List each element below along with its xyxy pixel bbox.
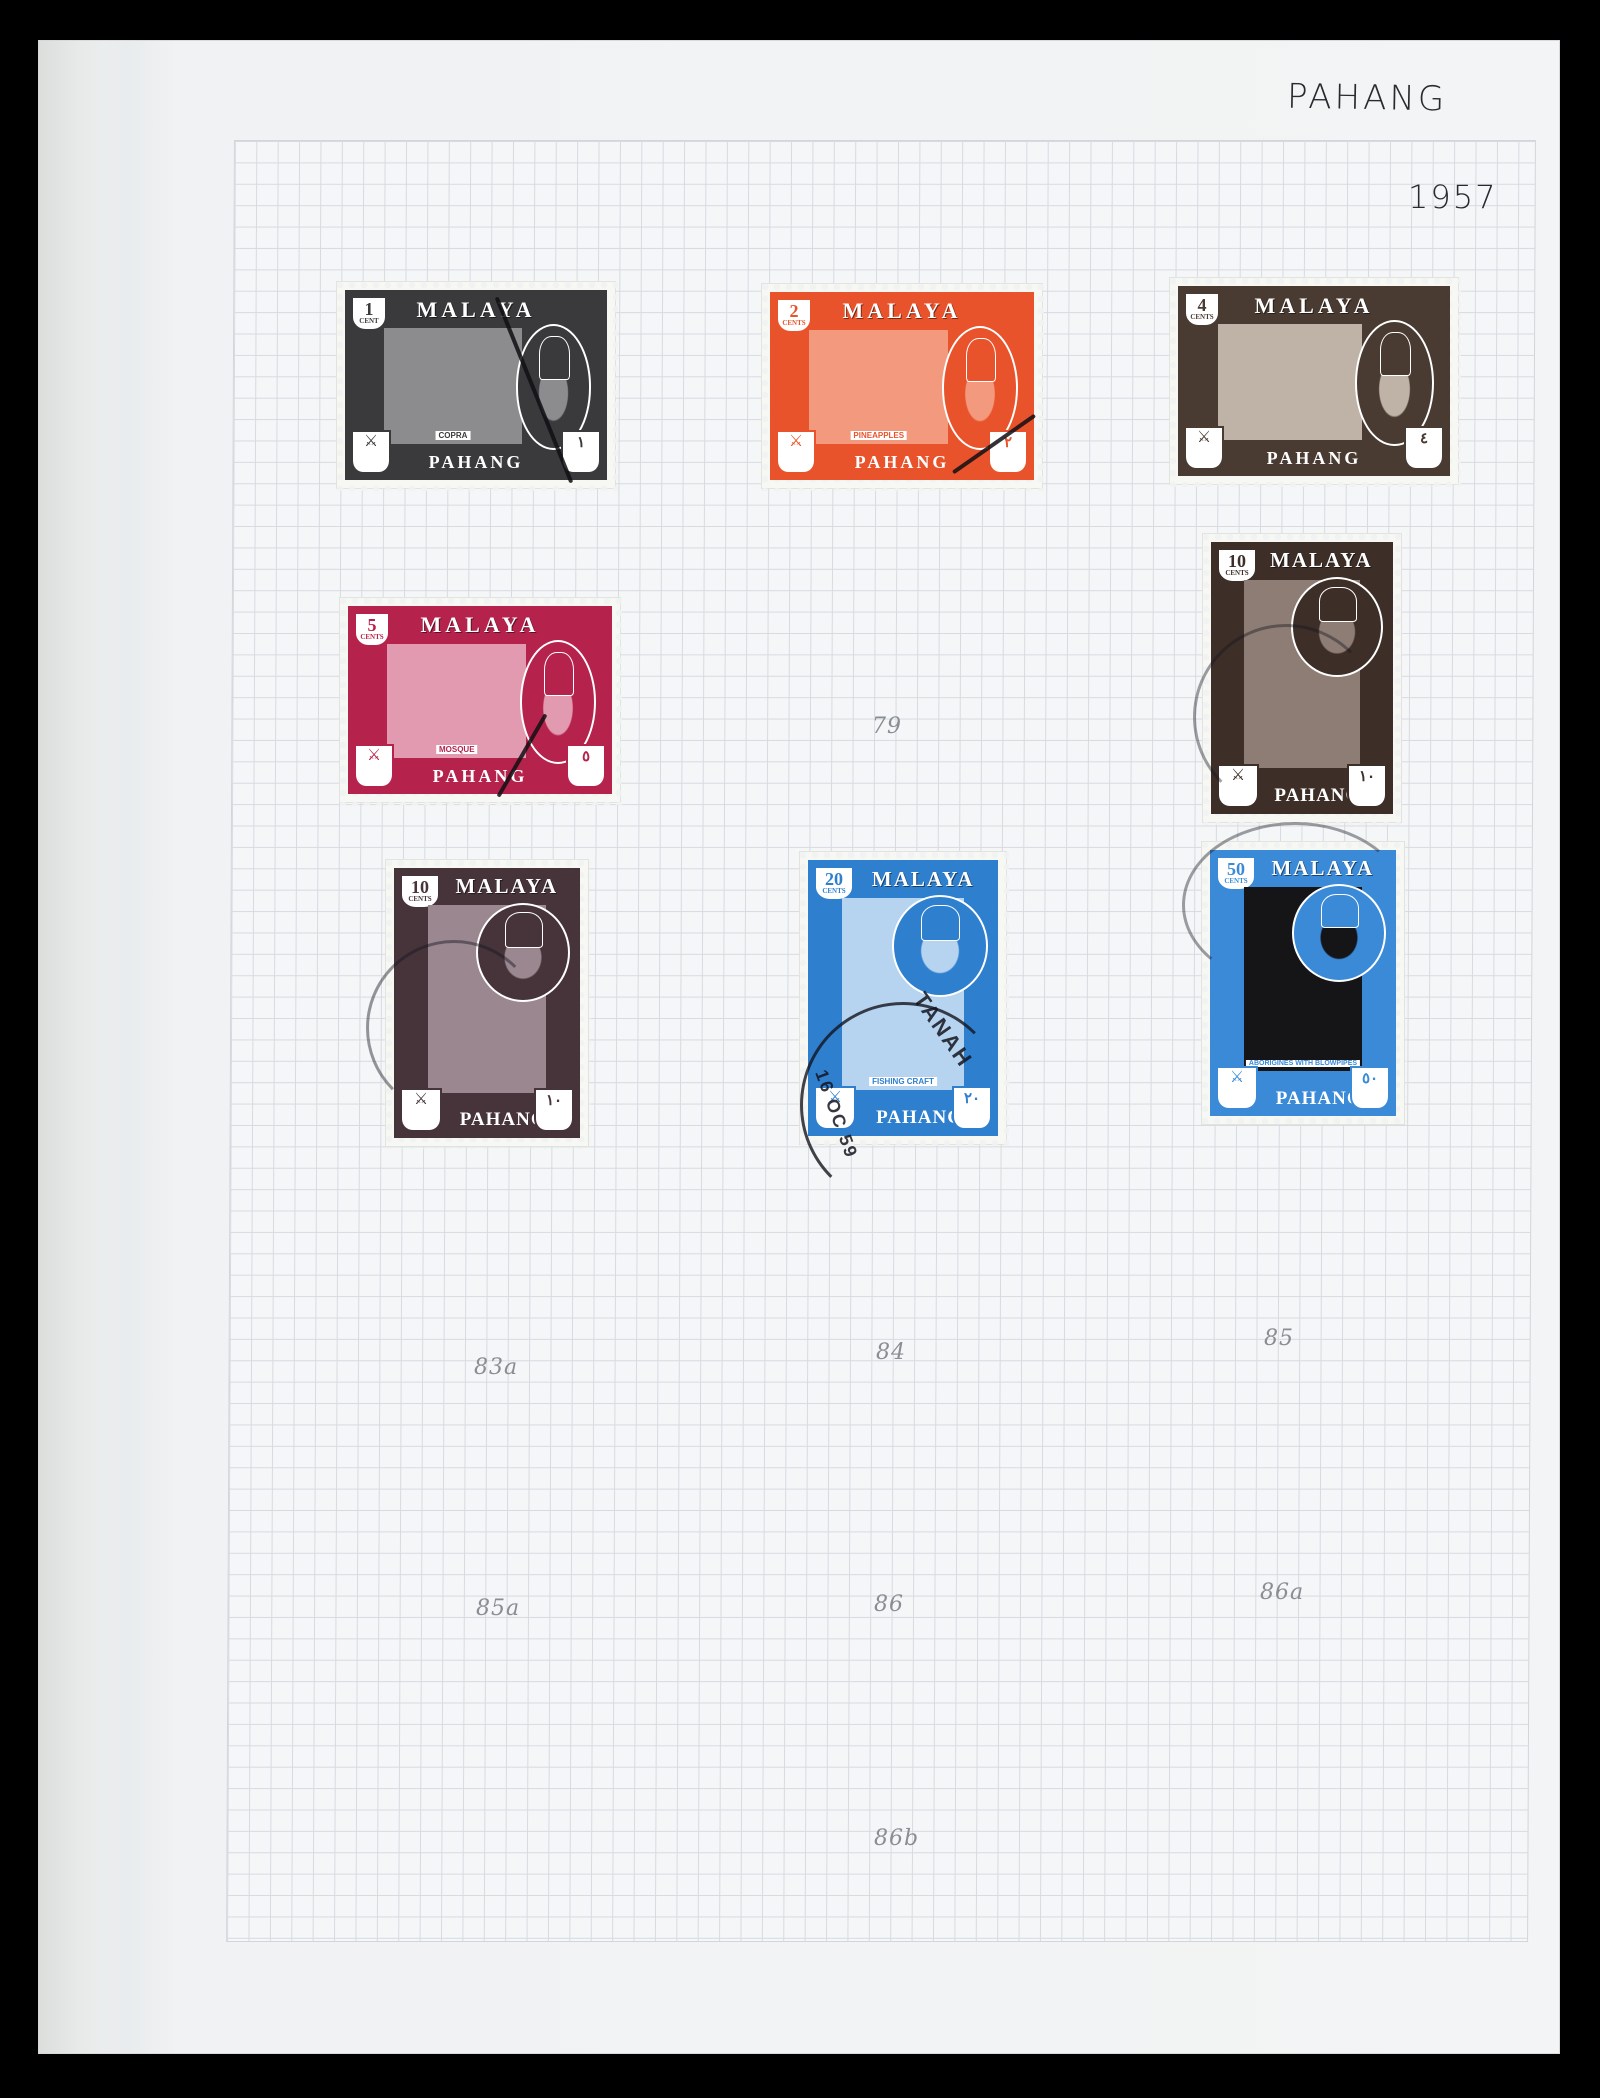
stamp-1c-copra[interactable]: MALAYA 1CENT COPRA PAHANG ⚔ ١: [337, 282, 615, 488]
stamp-value-tablet: 20CENTS: [814, 866, 854, 901]
catalog-note: 86b: [874, 1826, 919, 1851]
stamp-value-tablet: 4CENTS: [1184, 292, 1220, 327]
stamp-value-tablet: 5CENTS: [354, 612, 390, 647]
arabic-value: ٤: [1404, 426, 1444, 470]
stamp-value-tablet: 10CENTS: [400, 874, 440, 909]
state-crest-icon: ⚔: [351, 430, 391, 474]
sultan-portrait-icon: [476, 903, 570, 1002]
stamp-country: MALAYA: [1181, 289, 1447, 322]
catalog-note: 84: [876, 1340, 906, 1365]
stamp-country: MALAYA: [1253, 853, 1393, 884]
year-heading: 1957: [1408, 178, 1497, 216]
catalog-note: 79: [872, 714, 902, 739]
state-crest-icon: ⚔: [1217, 764, 1259, 808]
arabic-value: ٥: [566, 744, 606, 788]
stamp-value-tablet: 2CENTS: [776, 298, 812, 333]
state-crest-icon: ⚔: [776, 430, 816, 474]
stamp-20c-fishing-craft[interactable]: MALAYA 20CENTS FISHING CRAFT PAHANG ⚔ ٢٠…: [800, 852, 1006, 1144]
arabic-value: ٢: [988, 430, 1028, 474]
sultan-portrait-icon: [1291, 577, 1383, 677]
stamp-value-tablet: 1CENT: [351, 296, 387, 331]
arabic-value: ١: [561, 430, 601, 474]
catalog-note: 85: [1264, 1326, 1294, 1351]
page-binding-edge: [38, 40, 148, 2054]
state-crest-icon: ⚔: [814, 1086, 856, 1130]
stamp-subject: MOSQUE: [436, 745, 478, 754]
stamp-subject: PINEAPPLES: [850, 431, 907, 440]
catalog-note: 86a: [1260, 1580, 1304, 1605]
sultan-portrait-icon: [892, 895, 988, 996]
state-crest-icon: ⚔: [400, 1088, 442, 1132]
catalog-note: 83a: [474, 1355, 518, 1380]
stamp-country: MALAYA: [437, 871, 577, 903]
stamp-value-tablet: 10CENTS: [1217, 548, 1257, 583]
stamp-vignette: PINEAPPLES: [809, 330, 948, 445]
stamp-2c-pineapples[interactable]: MALAYA 2CENTS PINEAPPLES PAHANG ⚔ ٢: [762, 284, 1042, 488]
arabic-value: ٢٠: [952, 1086, 992, 1130]
stamp-4c-rice-field[interactable]: MALAYA 4CENTS PAHANG ⚔ ٤: [1170, 278, 1458, 484]
catalog-note: 86: [874, 1592, 904, 1617]
arabic-value: ١٠: [534, 1088, 574, 1132]
stamp-subject: COPRA: [435, 431, 470, 440]
state-crest-icon: ⚔: [1184, 426, 1224, 470]
stamp-country: MALAYA: [851, 863, 995, 895]
state-crest-icon: ⚔: [354, 744, 394, 788]
stamp-value-tablet: 50CENTS: [1216, 856, 1256, 891]
catalog-note: 85a: [476, 1596, 520, 1621]
state-crest-icon: ⚔: [1216, 1066, 1258, 1110]
stamp-vignette: [1218, 324, 1362, 440]
arabic-value: ١٠: [1347, 764, 1387, 808]
arabic-value: ٥٠: [1350, 1066, 1390, 1110]
country-heading: PAHANG: [1287, 77, 1448, 120]
stamp-50c-aborigines[interactable]: MALAYA 50CENTS ABORIGINES WITH BLOWPIPES…: [1202, 842, 1404, 1124]
sultan-portrait-icon: [1292, 884, 1386, 982]
stamp-5c-mosque[interactable]: MALAYA 5CENTS MOSQUE PAHANG ⚔ ٥: [340, 598, 620, 802]
stamp-10c-tiger-purple[interactable]: MALAYA 10CENTS PAHANG ⚔ ١٠: [386, 860, 588, 1146]
stamp-vignette: COPRA: [384, 328, 522, 444]
stamp-subject: ABORIGINES WITH BLOWPIPES: [1246, 1060, 1360, 1067]
stamp-subject: FISHING CRAFT: [869, 1077, 937, 1086]
stamp-vignette: MOSQUE: [387, 644, 526, 759]
stamp-10c-tiger-sepia[interactable]: MALAYA 10CENTS PAHANG ⚔ ١٠: [1203, 534, 1401, 822]
stamp-country: MALAYA: [1253, 545, 1390, 577]
